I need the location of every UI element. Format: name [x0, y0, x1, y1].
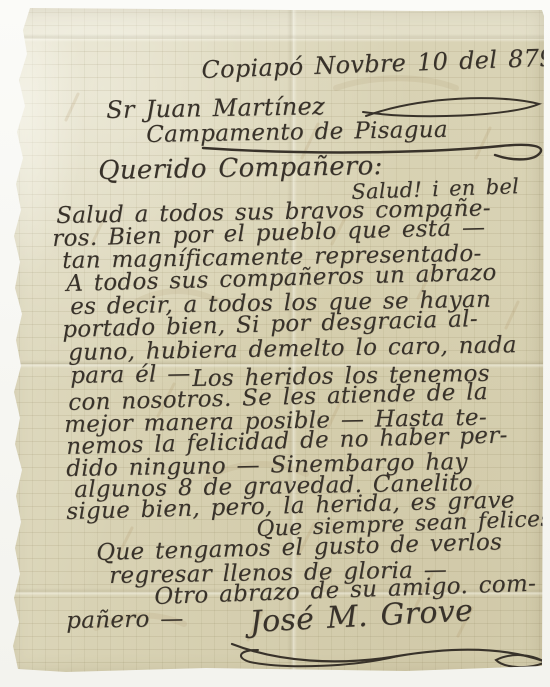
- letter-paper: Copiapó Novbre 10 del 879 Sr Juan Martín…: [6, 8, 544, 676]
- letter-line: para él —: [70, 363, 191, 388]
- letter-line: pañero —: [66, 608, 184, 633]
- signature-flourish: [228, 632, 550, 674]
- location-underline-flourish: [201, 136, 550, 166]
- recipient-flourish: [361, 94, 546, 126]
- scanned-letter-background: Copiapó Novbre 10 del 879 Sr Juan Martín…: [0, 0, 550, 687]
- recipient-name: Sr Juan Martínez: [106, 94, 325, 122]
